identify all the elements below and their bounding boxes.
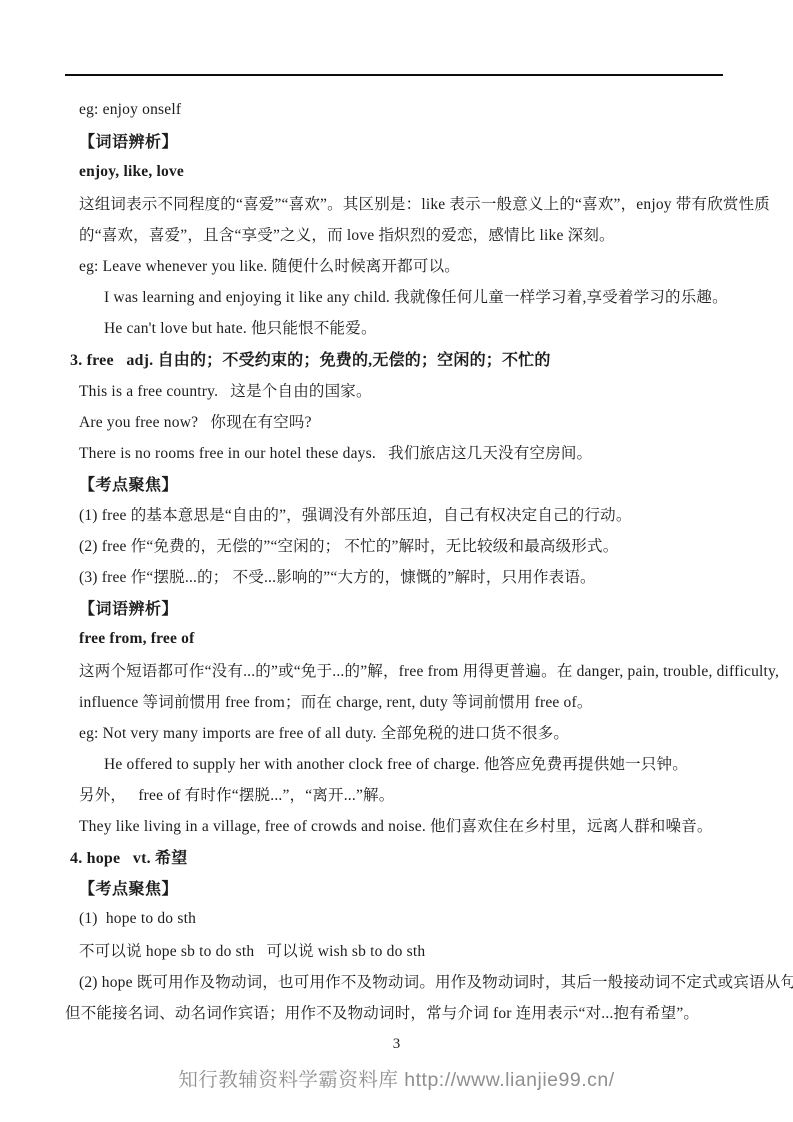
example-line: eg: Leave whenever you like. 随便什么时候离开都可以… [0,250,793,281]
text-line: 这组词表示不同程度的“喜爱”“喜欢”。其区别是：like 表示一般意义上的“喜欢… [0,187,793,218]
text-line: (1) hope to do sth [0,903,793,934]
text-line: 不可以说 hope sb to do sth 可以说 wish sb to do… [0,934,793,965]
bold-subheading: free from, free of [0,623,793,654]
bracket-heading: 【考点聚焦】 [0,872,793,903]
example-line: Are you free now? 你现在有空吗? [0,405,793,436]
text-line: influence 等词前惯用 free from；而在 charge, ren… [0,685,793,716]
bold-subheading: enjoy, like, love [0,156,793,187]
text-line: 但不能接名词、动名词作宾语；用作不及物动词时，常与介词 for 连用表示“对..… [0,997,793,1028]
example-line: eg: Not very many imports are free of al… [0,717,793,748]
text-line: 这两个短语都可作“没有...的”或“免于...的”解，free from 用得更… [0,654,793,685]
text-line: 另外， free of 有时作“摆脱...”，“离开...”解。 [0,779,793,810]
text-line: 的“喜欢，喜爱”，且含“享受”之义，而 love 指炽烈的爱恋，感情比 like… [0,219,793,250]
document-body: eg: enjoy onself【词语辨析】enjoy, like, love这… [0,94,793,1028]
example-line: eg: enjoy onself [0,94,793,125]
text-line: (1) free 的基本意思是“自由的”，强调没有外部压迫，自己有权决定自己的行… [0,499,793,530]
page-number: 3 [0,1036,793,1053]
bracket-heading: 【词语辨析】 [0,592,793,623]
bracket-heading: 【词语辨析】 [0,125,793,156]
text-line: (3) free 作“摆脱...的； 不受...影响的”“大方的，慷慨的”解时，… [0,561,793,592]
example-line: I was learning and enjoying it like any … [0,281,793,312]
text-line: (2) free 作“免费的，无偿的”“空闲的； 不忙的”解时，无比较级和最高级… [0,530,793,561]
numbered-heading: 3. free adj. 自由的；不受约束的；免费的,无偿的；空闲的；不忙的 [0,343,793,374]
numbered-heading: 4. hope vt. 希望 [0,841,793,872]
example-line: He offered to supply her with another cl… [0,748,793,779]
example-line: This is a free country. 这是个自由的国家。 [0,374,793,405]
example-line: He can't love but hate. 他只能恨不能爱。 [0,312,793,343]
example-line: There is no rooms free in our hotel thes… [0,436,793,467]
text-line: (2) hope 既可用作及物动词，也可用作不及物动词。用作及物动词时，其后一般… [0,966,793,997]
header-rule [65,74,723,76]
example-line: They like living in a village, free of c… [0,810,793,841]
footer-watermark: 知行教辅资料学霸资料库 http://www.lianjie99.cn/ [0,1064,793,1092]
bracket-heading: 【考点聚焦】 [0,468,793,499]
document-page: eg: enjoy onself【词语辨析】enjoy, like, love这… [0,0,793,1122]
